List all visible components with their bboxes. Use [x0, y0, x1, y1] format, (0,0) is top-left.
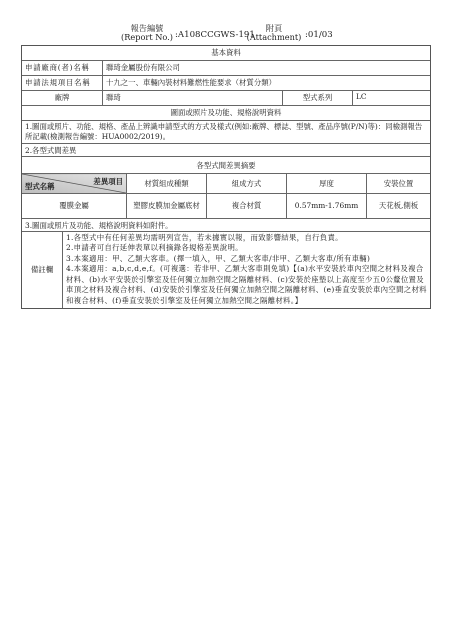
drawings-title-row: 圖面或照片及功能、規格說明資料	[22, 105, 430, 120]
differences-title: 各型式間差異摘要	[22, 157, 430, 174]
col-material: 材質組成種類	[127, 174, 207, 194]
drawings-item1-row: 1.圖面或照片、功能、規格、產品上辨識申請型式的方式及樣式(例如:廠牌、標誌、型…	[22, 120, 430, 143]
differences-table-row: 覆膜金屬 塑膠皮膜加金屬底材 複合材質 0.57mm-1.76mm 天花板,側板	[22, 194, 430, 218]
remarks-row: 備註欄 1.各型式中有任何差異均需明列宣告，若未據實以報，而致影響結果，自行負責…	[22, 231, 430, 308]
drawings-item3-row: 3.圖面或照片及功能、規格說明資料如附件。	[22, 218, 430, 231]
series-value: LC	[352, 91, 430, 105]
material-value: 塑膠皮膜加金屬底材	[127, 194, 207, 218]
corner-model-name: 型式名稱	[25, 181, 55, 192]
brand-value: 聯琦	[102, 91, 282, 105]
remark-line-2: 2.申請者可自行延伸表單以利摘錄各規格差異說明。	[66, 243, 427, 254]
report-no-label-en: (Report No.)	[112, 33, 182, 42]
drawings-item3: 3.圖面或照片及功能、規格說明資料如附件。	[22, 219, 430, 231]
attachment-label: 附頁 (Attachment)	[242, 24, 306, 42]
attachment-label-en: (Attachment)	[242, 33, 306, 42]
basic-info-title: 基本資料	[22, 46, 430, 60]
differences-corner-cell: 差異項目 型式名稱	[22, 174, 127, 194]
corner-difference-items: 差異項目	[93, 176, 123, 187]
applicant-row: 申請廠商(者)名稱 聯琦金屬股份有限公司	[22, 60, 430, 75]
applicant-value: 聯琦金屬股份有限公司	[102, 61, 430, 75]
brand-row: 廠牌 聯琦 型式系列 LC	[22, 90, 430, 105]
applicant-label: 申請廠商(者)名稱	[22, 61, 102, 75]
col-composition: 組成方式	[207, 174, 287, 194]
basic-info-title-row: 基本資料	[22, 46, 430, 60]
series-label: 型式系列	[282, 91, 352, 105]
application-form: 基本資料 申請廠商(者)名稱 聯琦金屬股份有限公司 申請法規項目名稱 十九之一、…	[21, 45, 431, 309]
regulation-label: 申請法規項目名稱	[22, 76, 102, 90]
remark-line-1: 1.各型式中有任何差異均需明列宣告，若未據實以報，而致影響結果，自行負責。	[66, 233, 427, 244]
brand-label: 廠牌	[22, 91, 102, 105]
drawings-item2-row: 2.各型式間差異	[22, 143, 430, 156]
differences-table: 各型式間差異摘要 差異項目 型式名稱 材質組成種類 組成方式 厚度 安裝位置 覆…	[22, 157, 430, 218]
remarks-label: 備註欄	[22, 232, 62, 308]
thickness-value: 0.57mm-1.76mm	[287, 194, 367, 218]
remark-line-4: 4.本案適用：a,b,c,d,e,f。(可複選：若非甲、乙類大客車則免填)【(a…	[66, 264, 427, 306]
model-name: 覆膜金屬	[22, 194, 127, 218]
remark-line-3: 3.本案適用：甲、乙類大客車。(擇一填入，甲、乙類大客車/非甲、乙類大客車/所有…	[66, 254, 427, 265]
drawings-item1: 1.圖面或照片、功能、規格、產品上辨識申請型式的方式及樣式(例如:廠牌、標誌、型…	[22, 121, 430, 143]
report-header: 報告編號 (Report No.) :A108CCGWS-191 附頁 (Att…	[0, 24, 450, 46]
report-no-label: 報告編號 (Report No.)	[112, 24, 182, 42]
composition-value: 複合材質	[207, 194, 287, 218]
attachment-value: :01/03	[305, 31, 333, 40]
install-position-value: 天花板,側板	[367, 194, 431, 218]
differences-row: 各型式間差異摘要 差異項目 型式名稱 材質組成種類 組成方式 厚度 安裝位置 覆…	[22, 156, 430, 218]
col-thickness: 厚度	[287, 174, 367, 194]
col-install-position: 安裝位置	[367, 174, 431, 194]
drawings-title: 圖面或照片及功能、規格說明資料	[22, 106, 430, 120]
drawings-item2: 2.各型式間差異	[22, 144, 430, 156]
regulation-value: 十九之一、車輛內裝材料難燃性能要求（材質分類）	[102, 76, 430, 90]
remarks-content: 1.各型式中有任何差異均需明列宣告，若未據實以報，而致影響結果，自行負責。 2.…	[62, 232, 430, 308]
regulation-row: 申請法規項目名稱 十九之一、車輛內裝材料難燃性能要求（材質分類）	[22, 75, 430, 90]
